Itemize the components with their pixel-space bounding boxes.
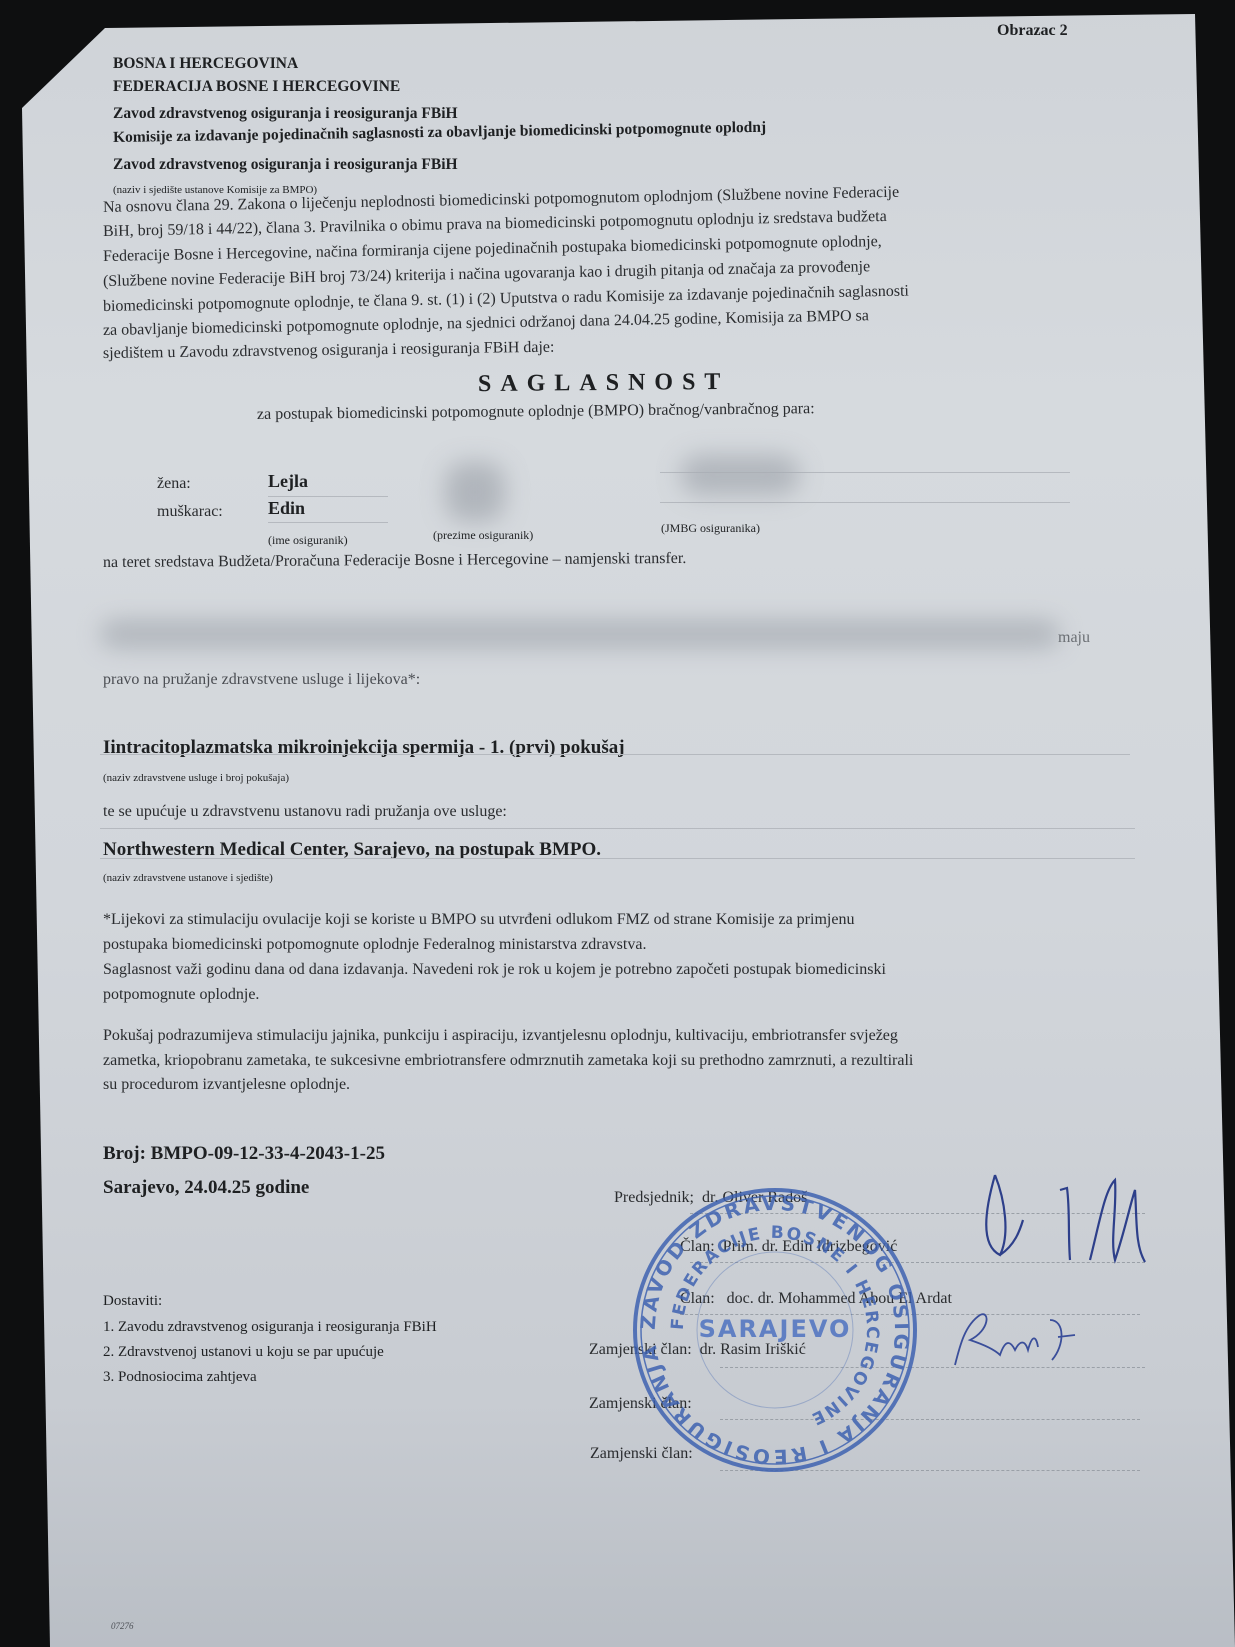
attempt-line: zametka, kriopobranu zametaka, te sukces… xyxy=(103,1051,913,1071)
funding-text: na teret sredstava Budžeta/Proračuna Fed… xyxy=(103,549,686,573)
man-label: muškarac: xyxy=(157,502,223,522)
header-institute: Zavod zdravstvenog osiguranja i reosigur… xyxy=(113,104,458,124)
referral-text: te se upućuje u zdravstvenu ustanovu rad… xyxy=(103,802,507,822)
woman-first-name: Lejla xyxy=(268,471,308,492)
header-federation: FEDERACIJA BOSNE I HERCEGOVINE xyxy=(113,77,400,97)
underline xyxy=(660,502,1070,503)
signature-president-icon xyxy=(975,1150,1195,1270)
underline xyxy=(100,754,1130,755)
underline xyxy=(268,496,388,497)
service-value: Iintracitoplazmatska mikroinjekcija sper… xyxy=(103,737,625,759)
attempt-line: Pokušaj podrazumijeva stimulaciju jajnik… xyxy=(103,1026,898,1046)
note-line: *Lijekovi za stimulaciju ovulacije koji … xyxy=(103,910,854,930)
institution-caption: (naziv zdravstvene ustanove i sjedište) xyxy=(103,872,273,884)
deliver-title: Dostaviti: xyxy=(103,1293,162,1310)
footer-code: 07276 xyxy=(111,1621,134,1631)
service-caption: (naziv zdravstvene usluge i broj pokušaj… xyxy=(103,772,289,784)
right-text: pravo na pružanje zdravstvene usluge i l… xyxy=(103,670,420,690)
deliver-item: 1. Zavodu zdravstvenog osiguranja i reos… xyxy=(103,1319,437,1336)
underline xyxy=(100,828,1135,829)
woman-label: žena: xyxy=(157,474,191,494)
document-number: Broj: BMPO-09-12-33-4-2043-1-25 xyxy=(103,1143,385,1165)
col-first-name-caption: (ime osiguranik) xyxy=(268,533,348,548)
note-line: potpomognute oplodnje. xyxy=(103,985,259,1005)
header-country: BOSNA I HERCEGOVINA xyxy=(113,54,298,74)
man-first-name: Edin xyxy=(268,498,305,519)
official-stamp-icon: ZAVOD ZDRAVSTVENOG OSIGURANJA I REOSIGUR… xyxy=(630,1185,920,1475)
redacted-line-end: maju xyxy=(1058,628,1090,648)
signature-member-icon xyxy=(940,1305,1090,1375)
col-jmbg-caption: (JMBG osiguranika) xyxy=(661,521,760,536)
underline xyxy=(268,522,388,523)
note-line: Saglasnost važi godinu dana od dana izda… xyxy=(103,960,886,980)
col-last-name-caption: (prezime osiguranik) xyxy=(433,528,533,543)
redacted-surname xyxy=(445,462,505,522)
document-title: SAGLASNOST xyxy=(478,369,730,398)
deliver-item: 2. Zdravstvenoj ustanovi u koju se par u… xyxy=(103,1344,384,1361)
redacted-jmbg xyxy=(680,455,800,495)
stamp-center-text: SARAJEVO xyxy=(699,1315,852,1343)
deliver-item: 3. Podnosiocima zahtjeva xyxy=(103,1369,257,1386)
place-date: Sarajevo, 24.04.25 godine xyxy=(103,1177,309,1199)
header-institute-seat: Zavod zdravstvenog osiguranja i reosigur… xyxy=(113,155,458,175)
attempt-line: su procedurom izvantjelesne oplodnje. xyxy=(103,1075,350,1095)
underline xyxy=(100,858,1135,859)
redacted-line xyxy=(100,620,1060,648)
form-label: Obrazac 2 xyxy=(997,21,1068,41)
note-line: postupaka biomedicinski potpomognute opl… xyxy=(103,935,646,955)
